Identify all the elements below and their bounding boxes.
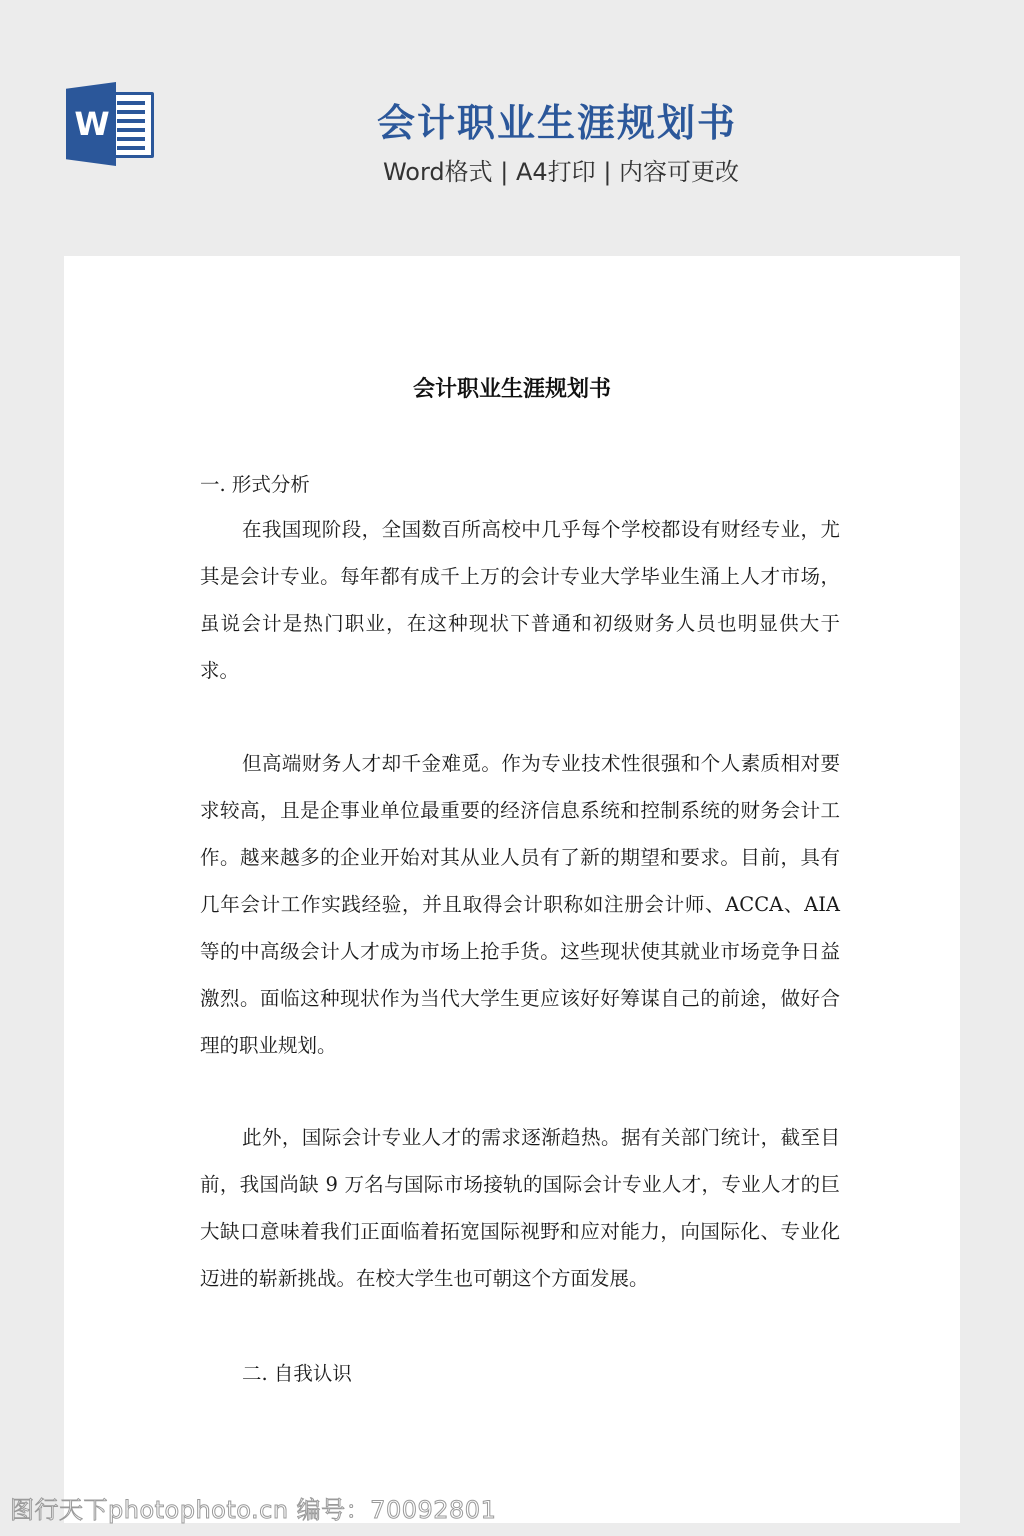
banner-subtitle: Word格式 | A4打印 | 内容可更改 (0, 152, 1024, 187)
document-page: 会计职业生涯规划书 一. 形式分析 在我国现阶段，全国数百所高校中几乎每个学校都… (64, 256, 960, 1523)
document-title: 会计职业生涯规划书 (64, 372, 960, 403)
banner-title: 会计职业生涯规划书 (0, 92, 1024, 147)
paragraph: 此外，国际会计专业人才的需求逐渐趋热。据有关部门统计，截至目前，我国尚缺 9 万… (200, 1114, 840, 1302)
banner-header: W 会计职业生涯规划书 Word格式 | A4打印 | 内容可更改 (0, 0, 1024, 256)
section-heading: 二. 自我认识 (242, 1350, 882, 1397)
paragraph: 在我国现阶段，全国数百所高校中几乎每个学校都设有财经专业，尤其是会计专业。每年都… (200, 506, 840, 694)
watermark: 图行天下photophoto.cn 编号：70092801 (10, 1490, 496, 1525)
section-heading: 一. 形式分析 (200, 461, 840, 508)
paragraph: 但高端财务人才却千金难觅。作为专业技术性很强和个人素质相对要求较高，且是企事业单… (200, 740, 840, 1069)
